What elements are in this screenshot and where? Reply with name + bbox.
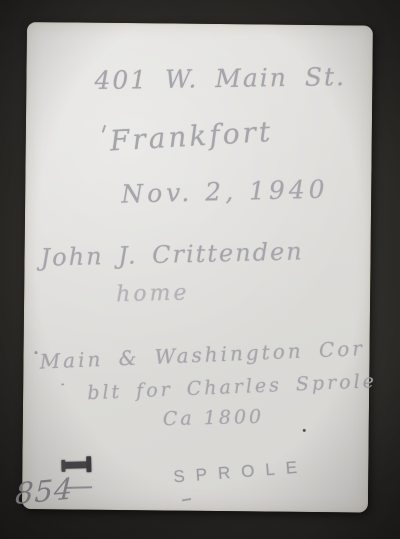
handwritten-built-note: blt for Charles Sprole [87,370,377,404]
handwritten-name: John J. Crittenden [40,237,304,271]
handwritten-circa: Ca 1800 [163,406,265,430]
photo-backdrop: 401 W. Main St. Frankfort Nov. 2, 1940 J… [0,0,400,539]
stray-pencil-tick [102,125,106,133]
dark-speck [303,429,306,432]
handwritten-address: 401 W. Main St. [94,62,346,95]
handwritten-date: Nov. 2, 1940 [121,175,329,209]
pencil-dot [61,383,64,385]
handwritten-surname-caps: SPROLE [173,457,309,487]
handwritten-corner-note: Main & Washington Cor [39,336,365,374]
photo-verso-card: 401 W. Main St. Frankfort Nov. 2, 1940 J… [22,22,373,513]
handwritten-name-note: home [116,280,190,307]
catalog-number: 854 [14,471,74,511]
pencil-dot [35,351,38,354]
pencil-dash [182,498,191,501]
handwritten-city: Frankfort [109,115,274,158]
